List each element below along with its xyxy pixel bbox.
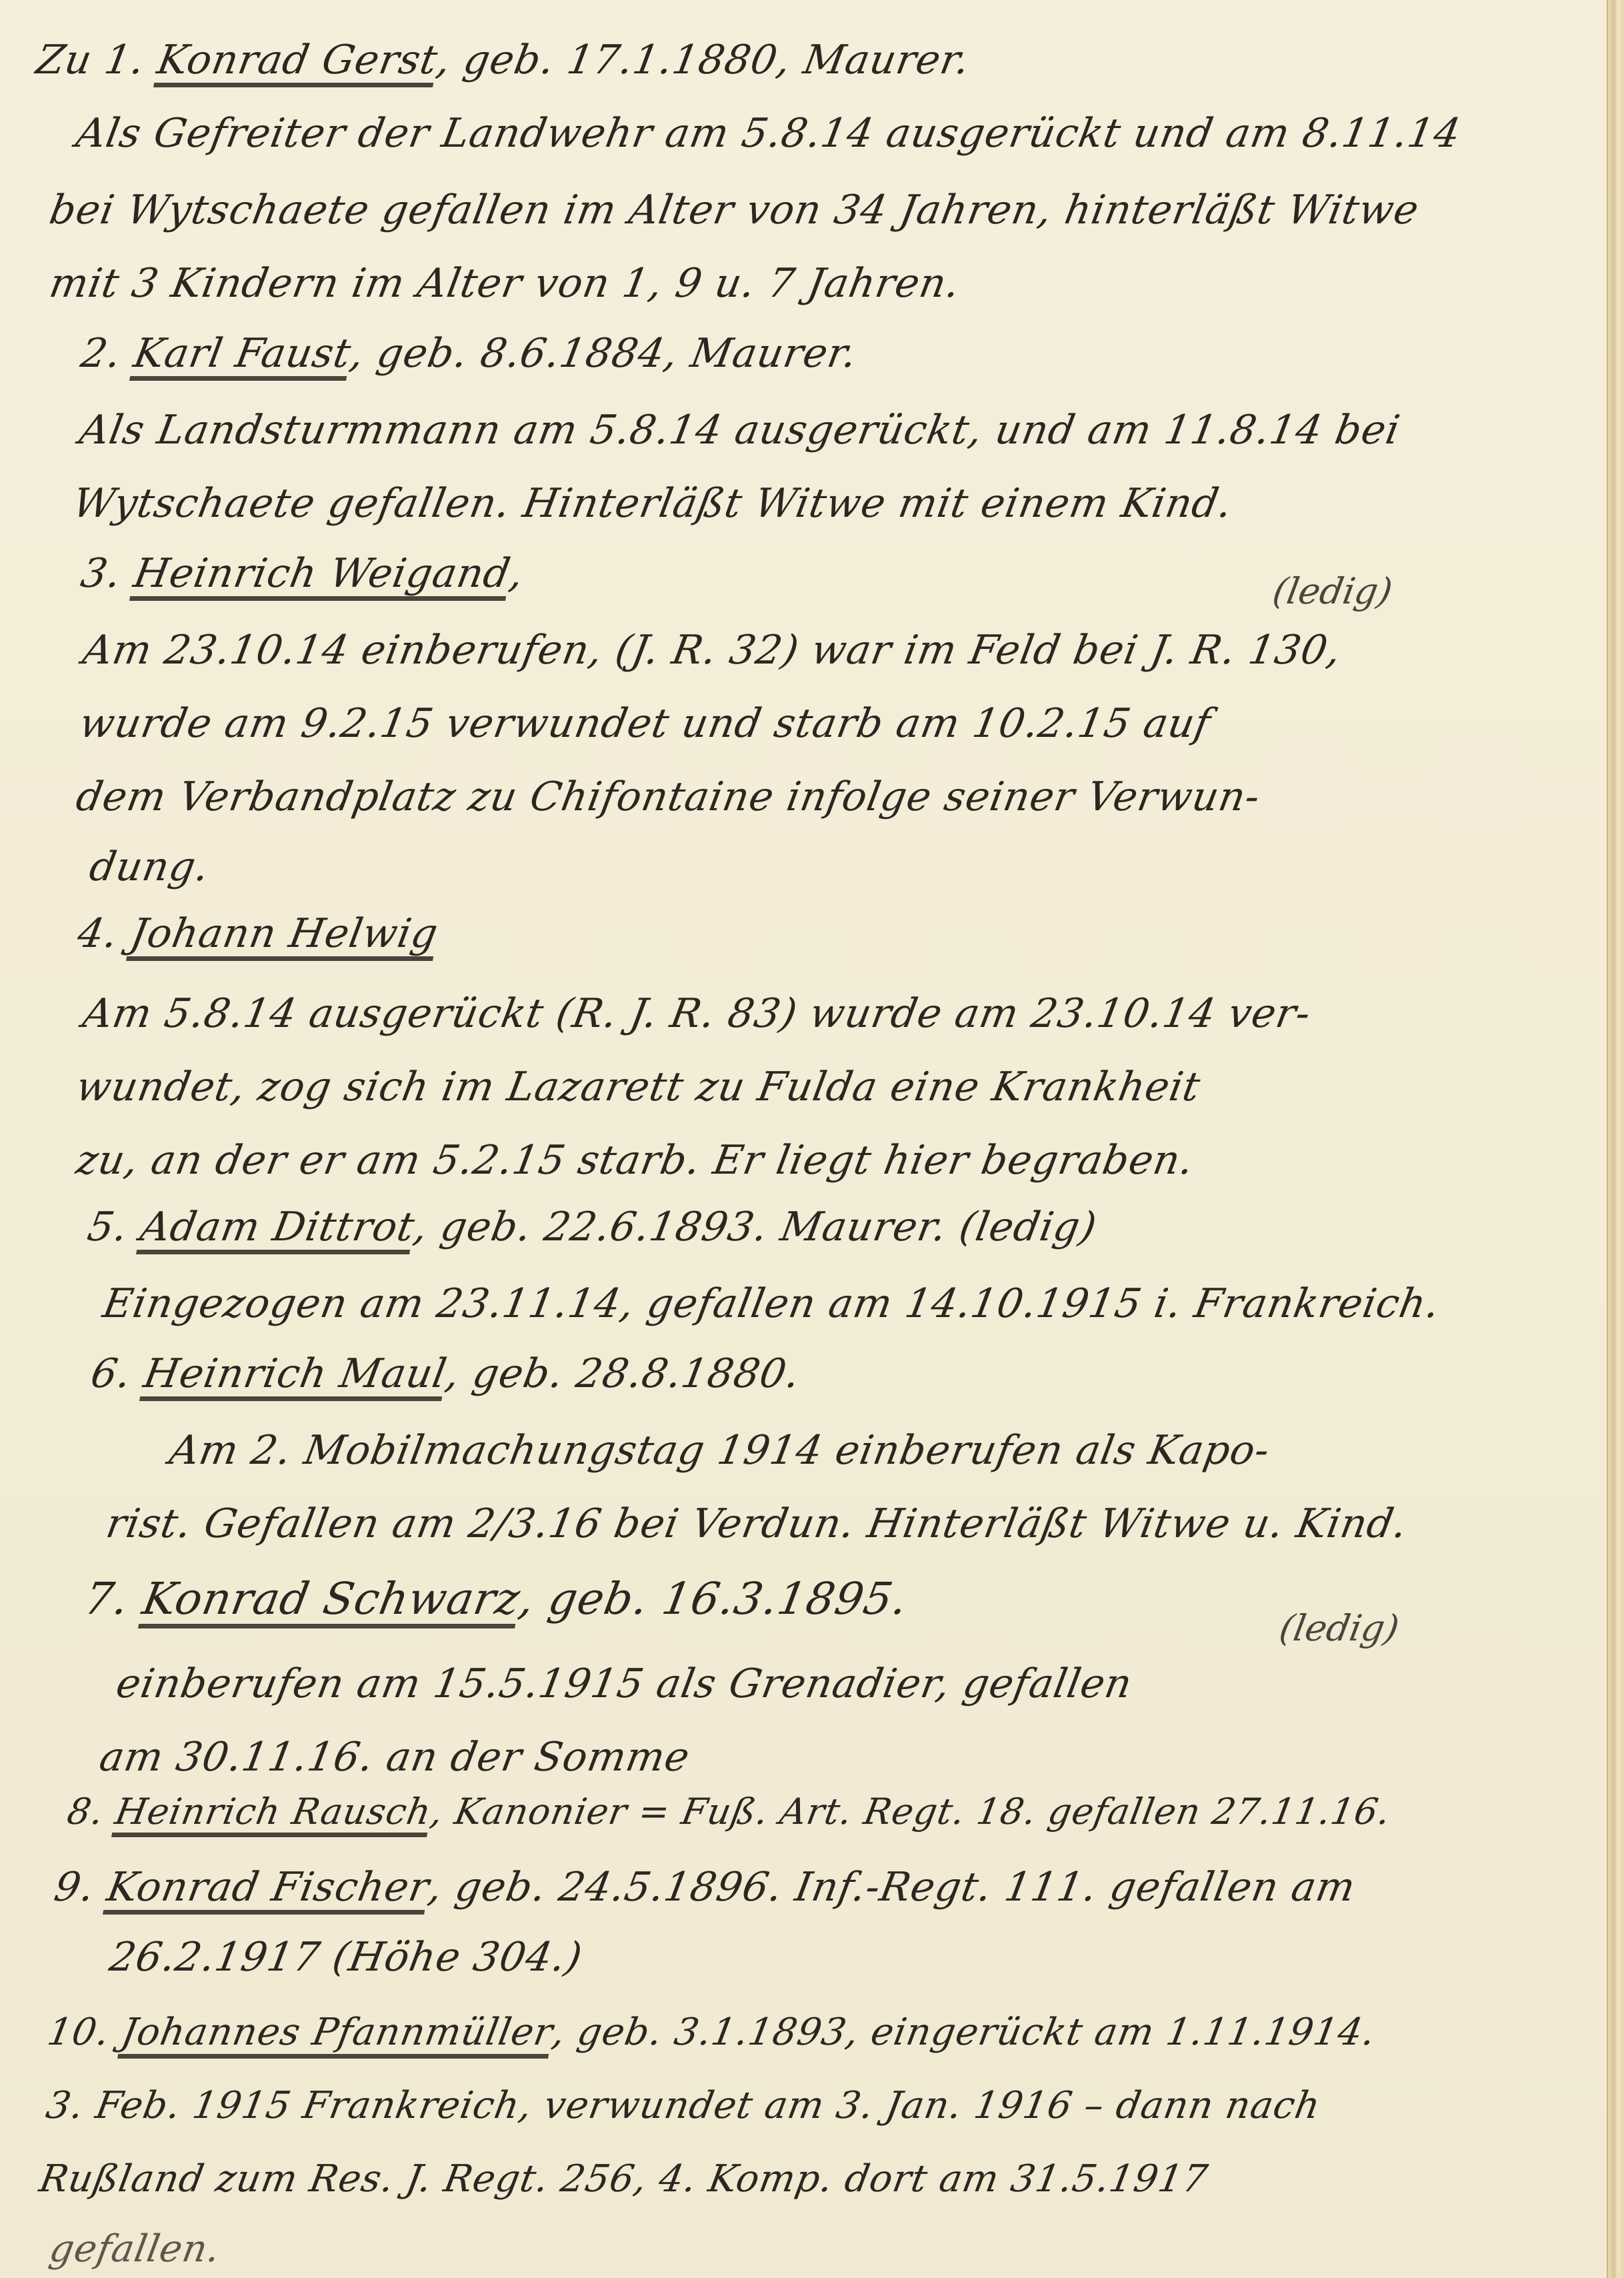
- entry-header-rest: , Kanonier = Fuß. Art. Regt. 18. gefalle…: [427, 1791, 1394, 1833]
- entry-4-line-1: Am 5.8.14 ausgerückt (R. J. R. 83) wurde…: [80, 994, 1314, 1034]
- entry-number: 6.: [87, 1350, 135, 1397]
- entry-header-rest: , geb. 16.3.1895.: [515, 1573, 912, 1624]
- entry-number: 7.: [81, 1573, 133, 1624]
- entry-3-status: (ledig): [1269, 570, 1395, 612]
- entry-header-rest: , geb. 17.1.1880, Maurer.: [433, 37, 974, 83]
- entry-5-status: (ledig): [956, 1204, 1101, 1250]
- entry-3-line-2: wurde am 9.2.15 verwundet und starb am 1…: [77, 704, 1214, 744]
- entry-name: Karl Faust: [129, 333, 354, 381]
- entry-7-header: 7. Konrad Schwarz, geb. 16.3.1895.: [80, 1577, 911, 1628]
- entry-name: Konrad Schwarz: [138, 1577, 523, 1628]
- entry-number: 4.: [74, 910, 122, 957]
- entry-header-rest: , geb. 24.5.1896. Inf.-Regt. 111. gefall…: [425, 1864, 1359, 1911]
- entry-name: Adam Dittrot: [136, 1207, 417, 1254]
- entry-3-line-1: Am 23.10.14 einberufen, (J. R. 32) war i…: [80, 630, 1345, 670]
- entry-number: 10.: [44, 2011, 113, 2054]
- entry-7-line-1: einberufen am 15.5.1915 als Grenadier, g…: [113, 1664, 1135, 1704]
- entry-name: Konrad Gerst: [153, 40, 441, 87]
- entry-header-rest: , geb. 8.6.1884, Maurer.: [347, 330, 861, 377]
- entry-10-line-3: gefallen.: [47, 2231, 223, 2268]
- entry-10-line-2: Rußland zum Res. J. Regt. 256, 4. Komp. …: [37, 2161, 1211, 2198]
- entry-4-line-3: zu, an der er am 5.2.15 starb. Er liegt …: [73, 1140, 1197, 1180]
- entry-6-header: 6. Heinrich Maul, geb. 28.8.1880.: [87, 1354, 803, 1401]
- entry-number: 3.: [77, 550, 125, 597]
- entry-number: 2.: [77, 330, 125, 377]
- entry-6-line-2: rist. Gefallen am 2/3.16 bei Verdun. Hin…: [103, 1504, 1411, 1544]
- entry-header-rest: , geb. 22.6.1893. Maurer.: [410, 1204, 951, 1250]
- entry-6-line-1: Am 2. Mobilmachungstag 1914 einberufen a…: [167, 1430, 1273, 1470]
- entry-5-line-1: Eingezogen am 23.11.14, gefallen am 14.1…: [100, 1284, 1443, 1324]
- entry-1-line-1: Als Gefreiter der Landwehr am 5.8.14 aus…: [73, 113, 1464, 153]
- entry-7-line-2: am 30.11.16. an der Somme: [97, 1737, 693, 1777]
- entry-2-line-1: Als Landsturmmann am 5.8.14 ausgerückt, …: [77, 410, 1403, 450]
- entry-header-rest: , geb. 28.8.1880.: [442, 1350, 803, 1397]
- entry-2-header: 2. Karl Faust, geb. 8.6.1884, Maurer.: [77, 333, 860, 381]
- entry-name: Heinrich Weigand: [129, 553, 513, 601]
- entry-4-line-2: wundet, zog sich im Lazarett zu Fulda ei…: [73, 1067, 1203, 1107]
- entry-number: 9.: [51, 1864, 99, 1911]
- entry-3-header: 3. Heinrich Weigand,: [77, 553, 527, 601]
- entry-name: Heinrich Maul: [139, 1354, 449, 1401]
- entry-3-line-4: dung.: [87, 847, 213, 887]
- entry-name: Konrad Fischer: [103, 1867, 432, 1915]
- entry-10-header: 10. Johannes Pfannmüller, geb. 3.1.1893,…: [43, 2014, 1379, 2059]
- entry-number: Zu 1.: [33, 37, 149, 83]
- entry-1-header: Zu 1. Konrad Gerst, geb. 17.1.1880, Maur…: [32, 40, 973, 87]
- entry-name: Johann Helwig: [126, 914, 441, 961]
- entry-header-rest: , geb. 3.1.1893, eingerückt am 1.11.1914…: [549, 2011, 1379, 2054]
- page-edge: [1607, 0, 1624, 2278]
- entry-1-line-2: bei Wytschaete gefallen im Alter von 34 …: [47, 190, 1422, 230]
- entry-4-header: 4. Johann Helwig: [73, 914, 441, 961]
- entry-name: Johannes Pfannmüller: [117, 2014, 556, 2059]
- entry-5-header: 5. Adam Dittrot, geb. 22.6.1893. Maurer.…: [83, 1207, 1100, 1254]
- entry-9-header: 9. Konrad Fischer, geb. 24.5.1896. Inf.-…: [50, 1867, 1359, 1915]
- entry-3-line-3: dem Verbandplatz zu Chifontaine infolge …: [73, 777, 1263, 817]
- entry-7-status: (ledig): [1276, 1607, 1402, 1649]
- entry-number: 5.: [84, 1204, 132, 1250]
- entry-10-line-1: 3. Feb. 1915 Frankreich, verwundet am 3.…: [43, 2087, 1323, 2125]
- entry-number: 8.: [64, 1791, 107, 1833]
- entry-1-line-3: mit 3 Kindern im Alter von 1, 9 u. 7 Jah…: [47, 263, 963, 303]
- entry-name: Heinrich Rausch: [111, 1794, 434, 1837]
- entry-9-line-1: 26.2.1917 (Höhe 304.): [107, 1937, 585, 1977]
- entry-2-line-2: Wytschaete gefallen. Hinterläßt Witwe mi…: [70, 483, 1235, 523]
- ledger-page: Zu 1. Konrad Gerst, geb. 17.1.1880, Maur…: [0, 0, 1608, 2278]
- entry-8-header: 8. Heinrich Rausch, Kanonier = Fuß. Art.…: [63, 1794, 1393, 1837]
